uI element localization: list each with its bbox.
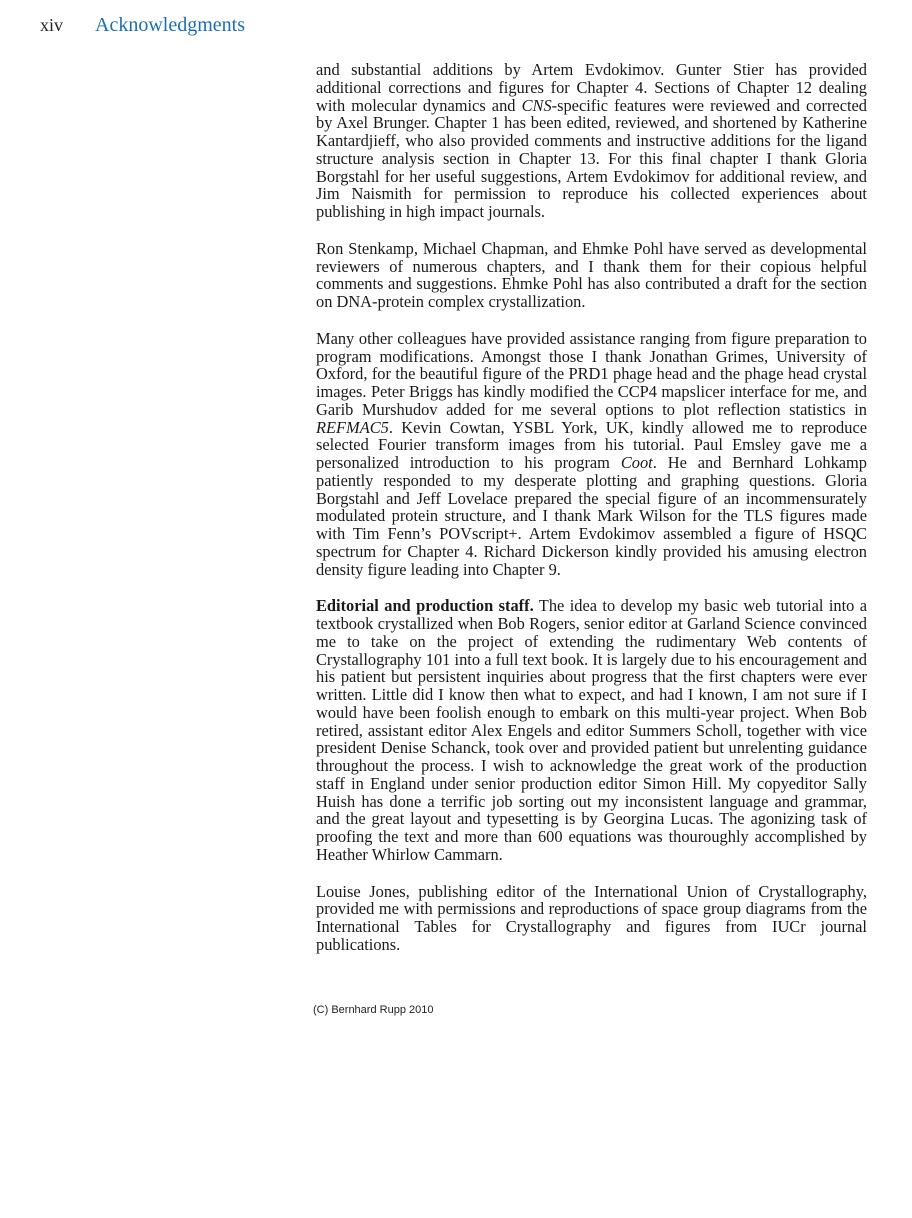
software-name-italic: Coot [621,453,653,472]
paragraph-editorial-staff: Editorial and production staff. The idea… [316,597,867,863]
running-title: Acknowledgments [95,14,245,37]
paragraph-reviewers-chapters: and substantial additions by Artem Evdok… [316,61,867,221]
paragraph-iucr: Louise Jones, publishing editor of the I… [316,883,867,954]
page-number: xiv [40,15,95,36]
text-segment: Many other colleagues have provided assi… [316,329,867,419]
page-header: xiv Acknowledgments [40,14,245,37]
paragraph-colleagues: Many other colleagues have provided assi… [316,330,867,579]
run-in-heading: Editorial and production staff. [316,596,534,615]
text-segment: . He and Bernhard Lohkamp patiently resp… [316,453,867,579]
text-segment: -specific features were reviewed and cor… [316,96,867,222]
body-text-column: and substantial additions by Artem Evdok… [316,61,867,973]
paragraph-developmental-reviewers: Ron Stenkamp, Michael Chapman, and Ehmke… [316,240,867,311]
copyright-notice: (C) Bernhard Rupp 2010 [313,1004,433,1016]
text-segment: The idea to develop my basic web tutoria… [316,596,867,864]
text-segment: Louise Jones, publishing editor of the I… [316,882,867,954]
software-name-italic: CNS [522,96,552,115]
text-segment: Ron Stenkamp, Michael Chapman, and Ehmke… [316,239,867,311]
software-name-italic: REFMAC5 [316,418,389,437]
